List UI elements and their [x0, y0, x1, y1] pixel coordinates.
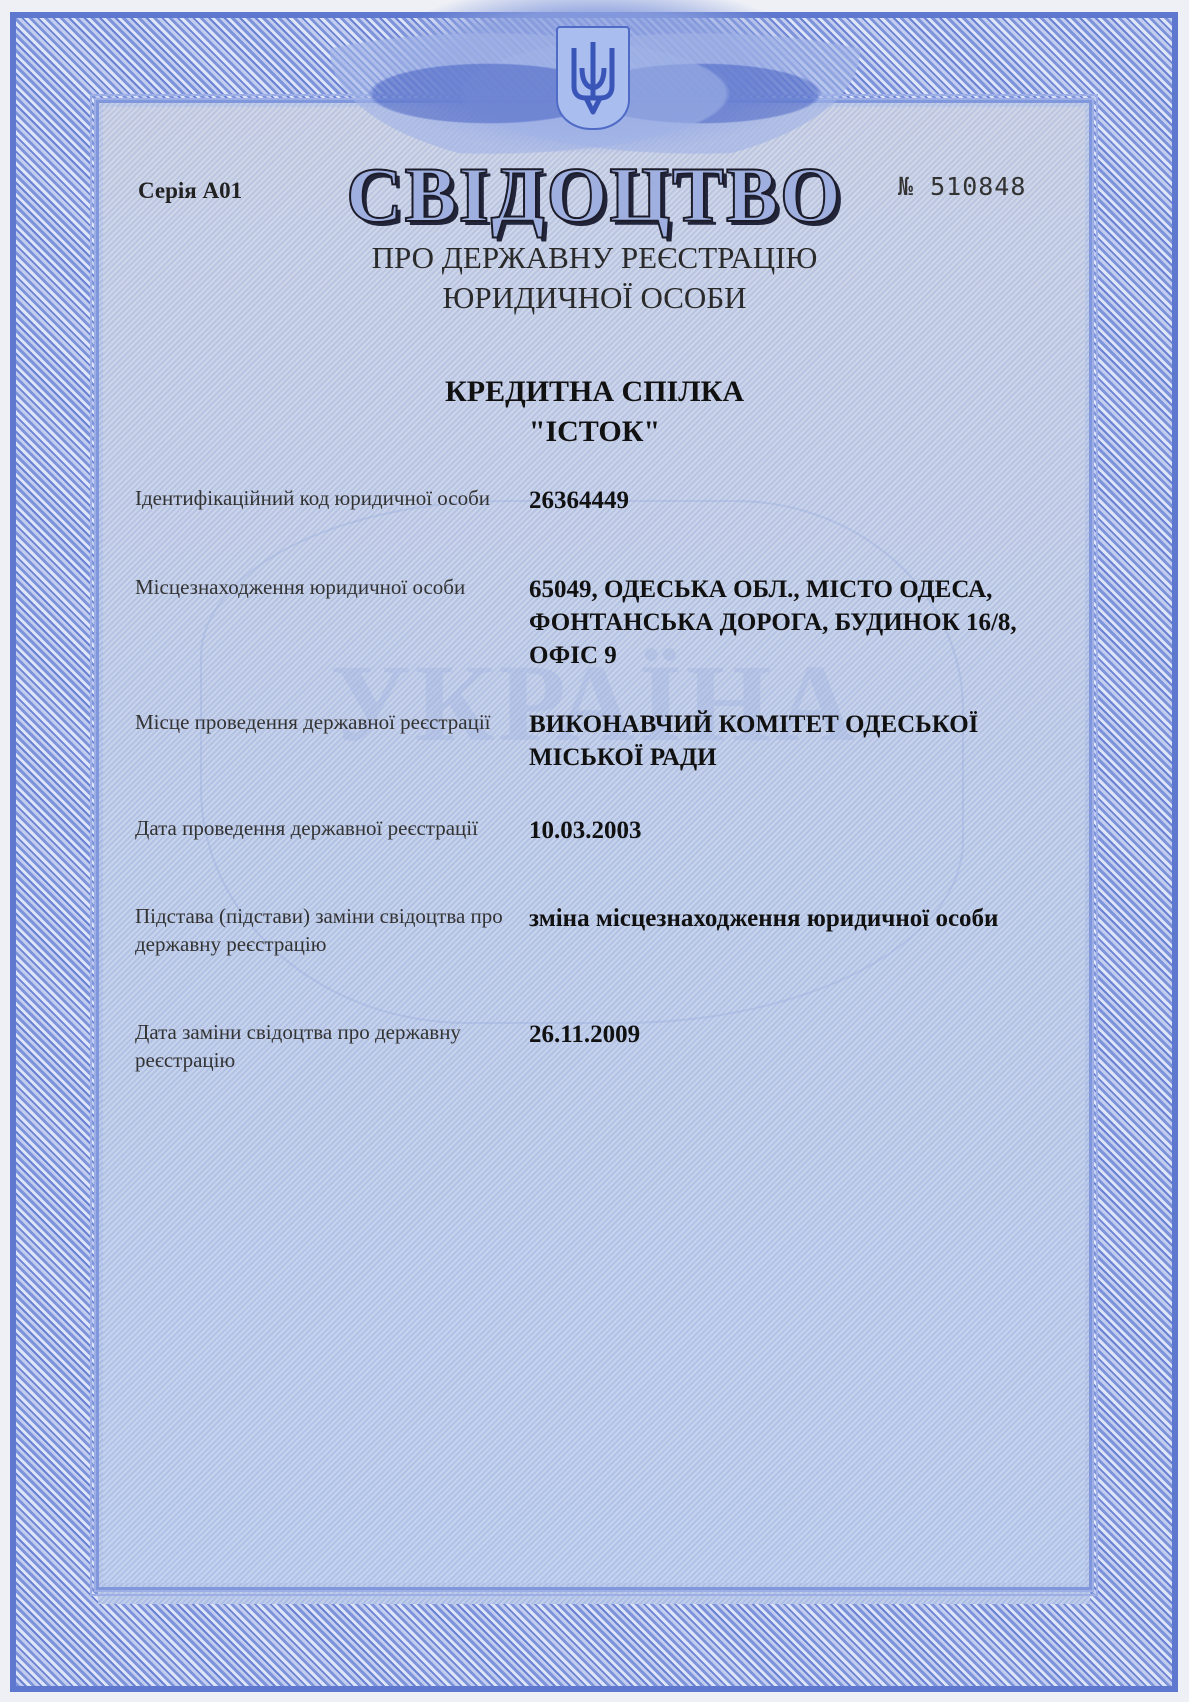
field-value: 26364449 — [529, 484, 1049, 517]
field-label: Місцезнаходження юридичної особи — [135, 573, 515, 601]
field-label: Підстава (підстави) заміни свідоцтва про… — [135, 902, 515, 958]
field-label: Дата проведення державної реєстрації — [135, 814, 515, 842]
organization-type: КРЕДИТНА СПІЛКА — [0, 372, 1189, 412]
field-label: Місце проведення державної реєстрації — [135, 708, 515, 736]
coat-of-arms-shield — [556, 26, 630, 130]
field-value: ВИКОНАВЧИЙ КОМІТЕТ ОДЕСЬКОЇ МІСЬКОЇ РАДИ — [529, 708, 1049, 774]
document-title: СВІДОЦТВО — [0, 150, 1189, 240]
field-label: Ідентифікаційний код юридичної особи — [135, 484, 515, 512]
field-value: зміна місцезнаходження юридичної особи — [529, 902, 1049, 935]
document-subtitle-line2: ЮРИДИЧНОЇ ОСОБИ — [0, 280, 1189, 316]
document-subtitle-line1: ПРО ДЕРЖАВНУ РЕЄСТРАЦІЮ — [0, 240, 1189, 276]
field-value: 65049, ОДЕСЬКА ОБЛ., МІСТО ОДЕСА, ФОНТАН… — [529, 573, 1049, 672]
field-value: 10.03.2003 — [529, 814, 1049, 847]
organization-name: "ІСТОК" — [0, 412, 1189, 452]
trident-icon — [568, 38, 618, 118]
field-value: 26.11.2009 — [529, 1018, 1049, 1051]
field-label: Дата заміни свідоцтва про державну реєст… — [135, 1018, 515, 1074]
